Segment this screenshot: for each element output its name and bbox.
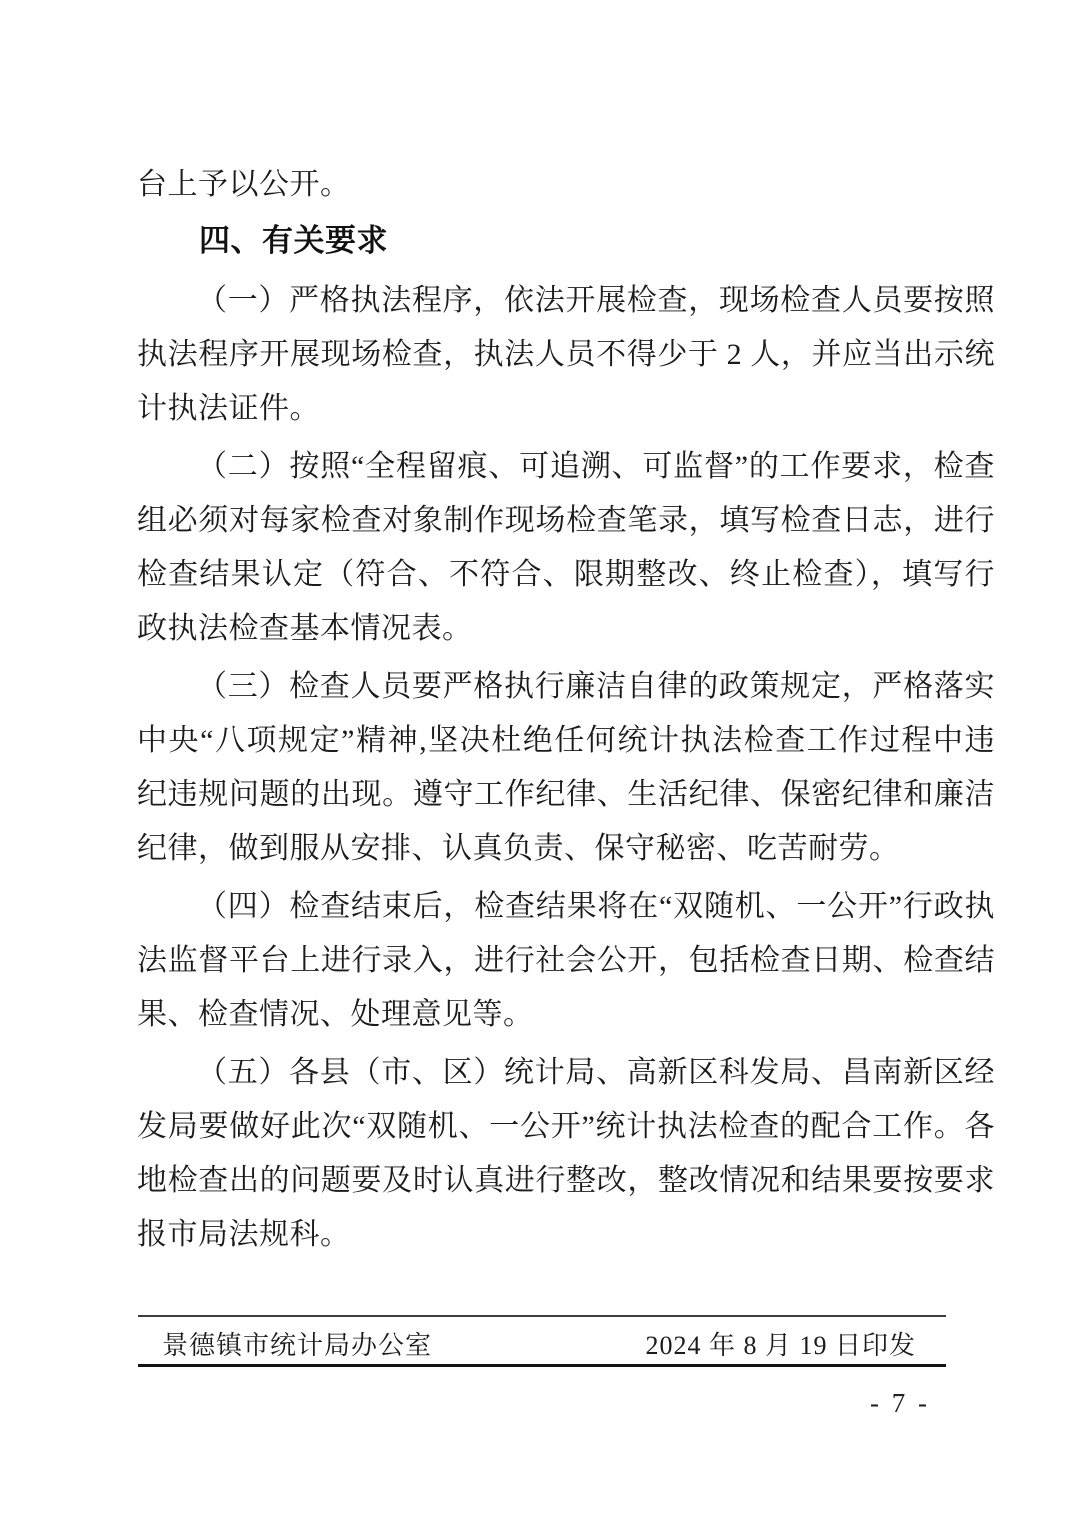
colophon: 景德镇市统计局办公室 2024 年 8 月 19 日印发 — [138, 1322, 946, 1364]
paragraph: （三）检查人员要严格执行廉洁自律的政策规定，严格落实中央“八项规定”精神,坚决杜… — [137, 660, 995, 876]
section-heading: 四、有关要求 — [137, 214, 995, 268]
print-date: 2024 年 8 月 19 日印发 — [645, 1325, 916, 1362]
continuation-text: 台上予以公开。 — [137, 158, 995, 212]
paragraph: （四）检查结束后，检查结果将在“双随机、一公开”行政执法监督平台上进行录入，进行… — [137, 880, 995, 1042]
document-page: 台上予以公开。 四、有关要求 （一）严格执法程序，依法开展检查，现场检查人员要按… — [0, 0, 1069, 1515]
page-number: - 7 - — [870, 1388, 930, 1418]
colophon-top-rule — [138, 1315, 946, 1317]
issuer-name: 景德镇市统计局办公室 — [162, 1325, 432, 1362]
colophon-bottom-rule — [138, 1364, 946, 1367]
paragraph: （一）严格执法程序，依法开展检查，现场检查人员要按照执法程序开展现场检查，执法人… — [137, 274, 995, 436]
document-body: 台上予以公开。 四、有关要求 （一）严格执法程序，依法开展检查，现场检查人员要按… — [137, 158, 995, 1266]
paragraph: （二）按照“全程留痕、可追溯、可监督”的工作要求，检查组必须对每家检查对象制作现… — [137, 440, 995, 656]
paragraph: （五）各县（市、区）统计局、高新区科发局、昌南新区经发局要做好此次“双随机、一公… — [137, 1046, 995, 1262]
